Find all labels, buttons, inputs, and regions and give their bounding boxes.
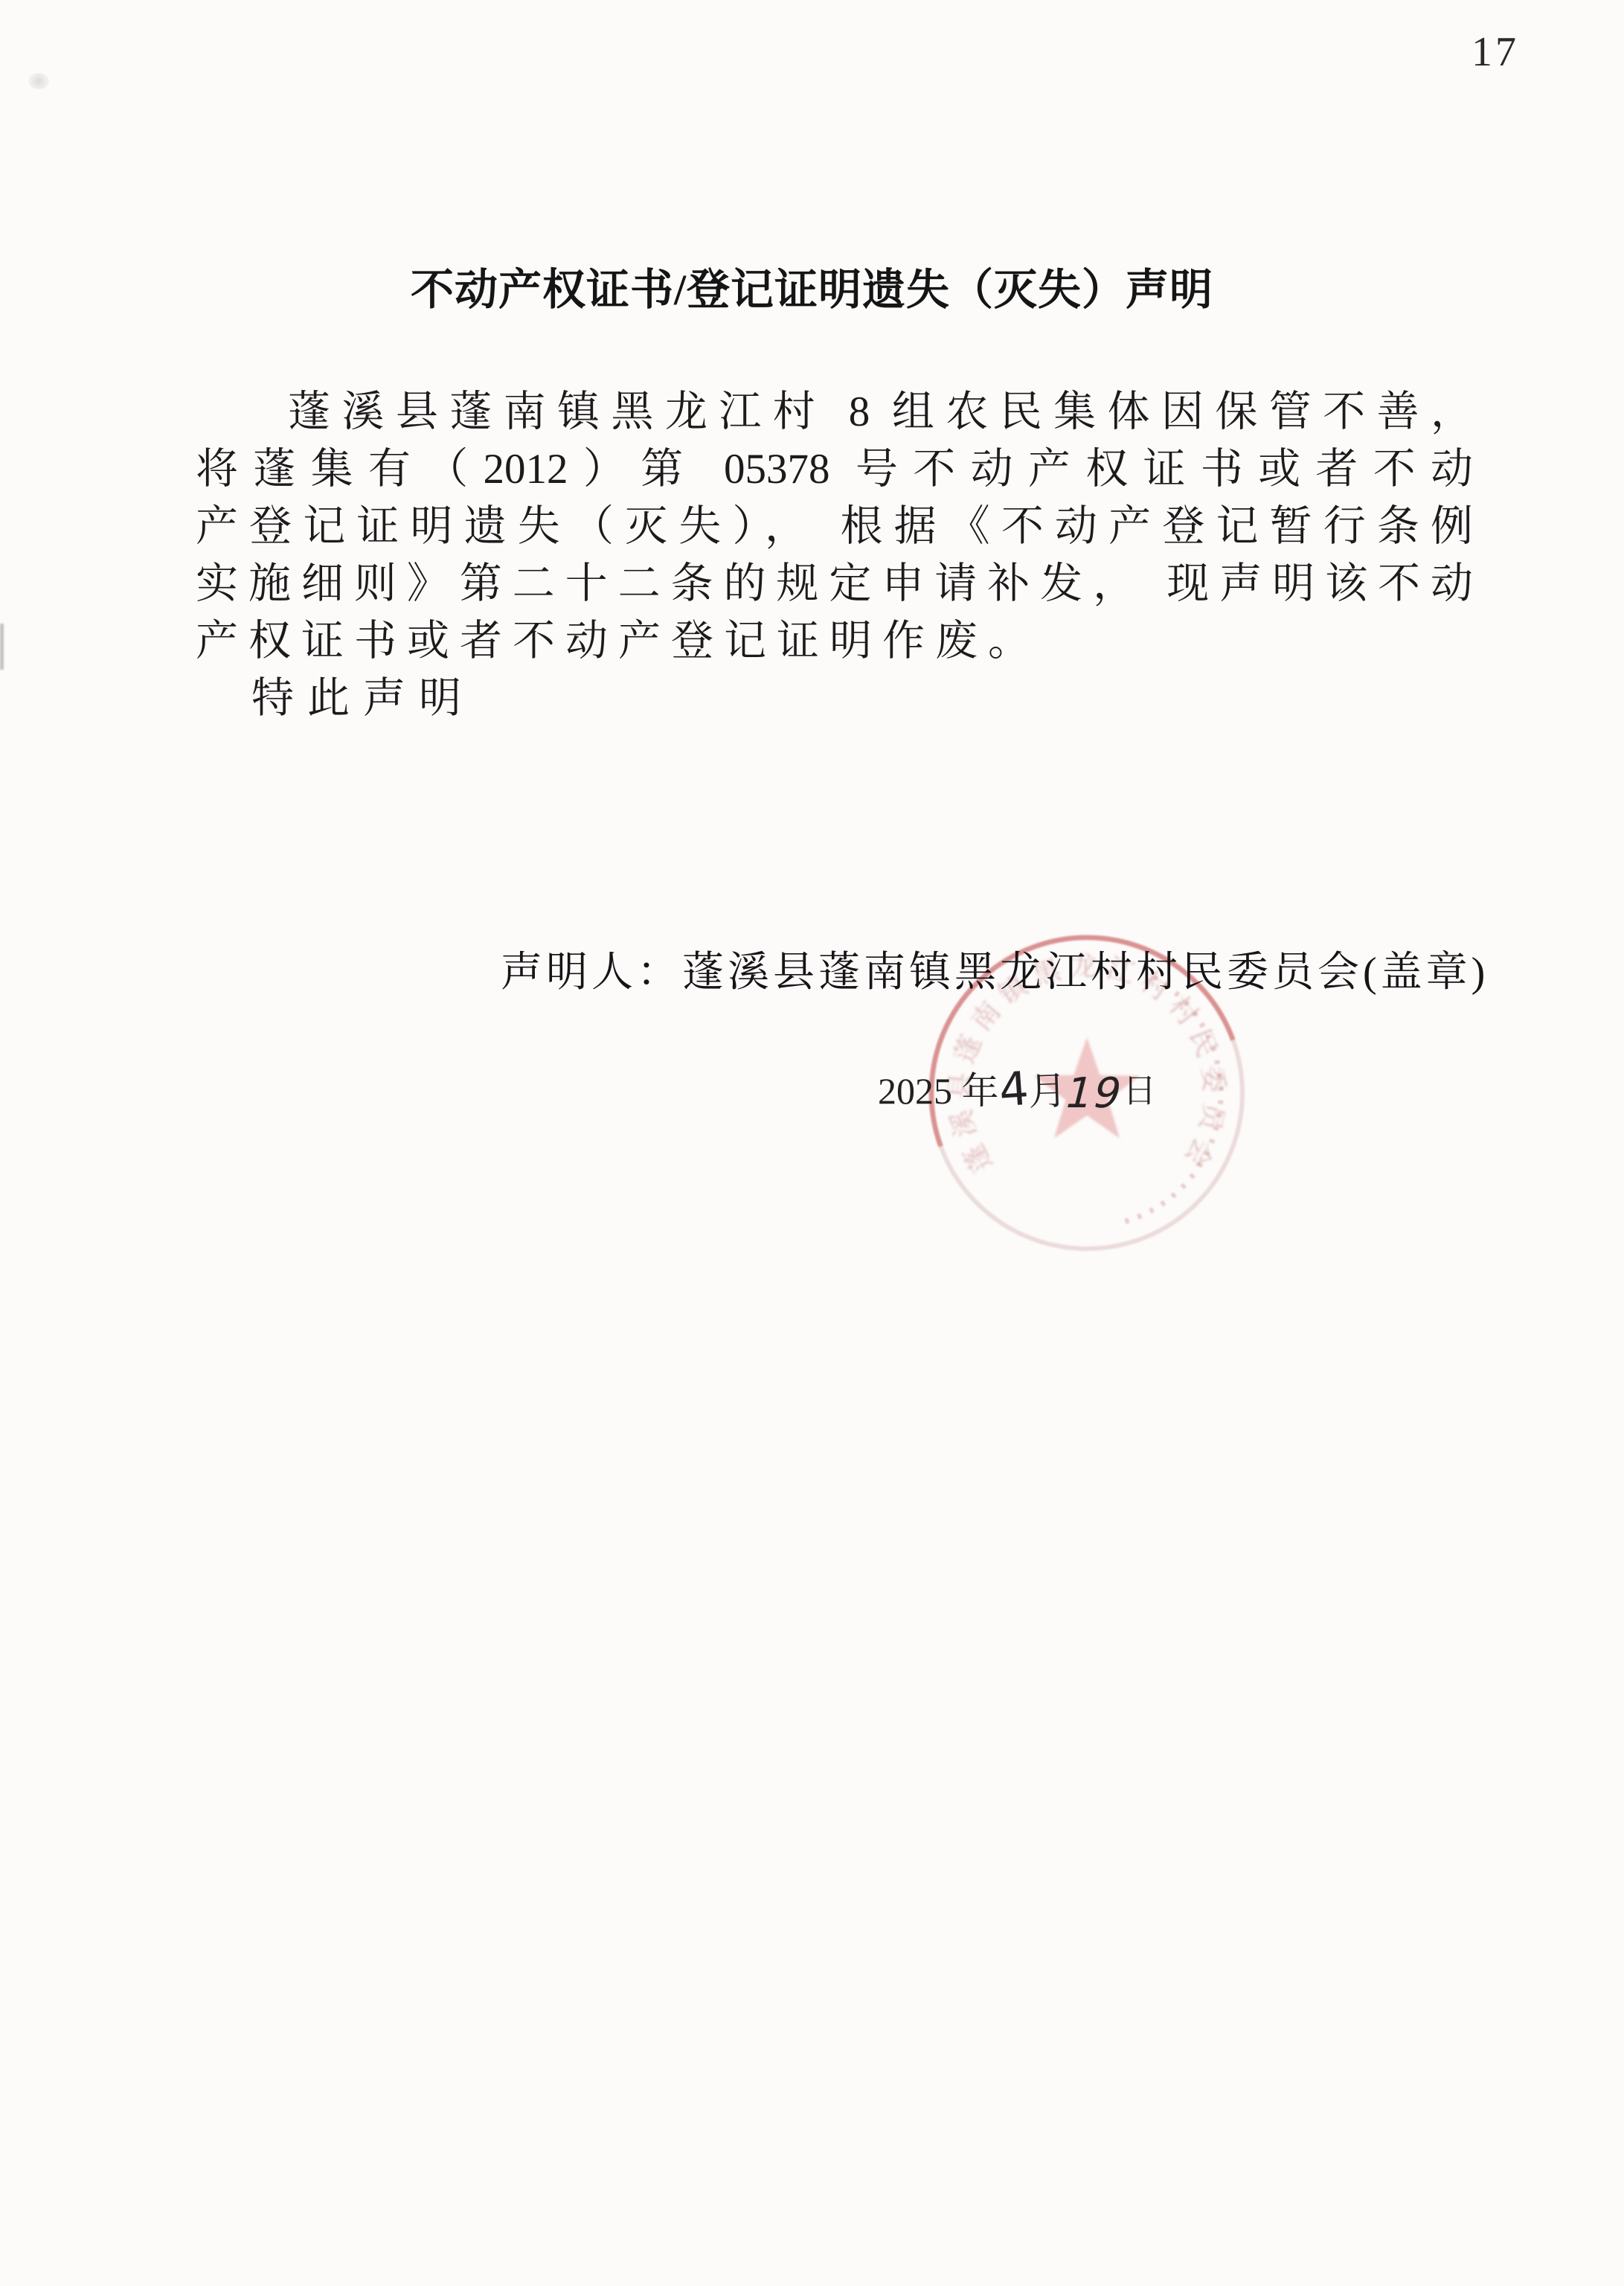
date-line: 2025 年4月19日 (878, 1064, 1156, 1116)
document-title: 不动产权证书/登记证明遗失（灭失）声明 (0, 254, 1624, 317)
handwritten-day: 19 (1060, 1070, 1128, 1118)
declarant-line: 声明人：蓬溪县蓬南镇黑龙江村村民委员会(盖章) (501, 950, 1489, 996)
body-line: 蓬溪县蓬南镇黑龙江村 8 组农民集体因保管不善， (196, 383, 1473, 441)
day-unit-char: 日 (1123, 1067, 1156, 1115)
body-line: 将蓬集有（2012）第 05378 号不动产权证书或者不动 (196, 441, 1473, 498)
body-line: 产权证书或者不动产登记证明作废。 (196, 612, 1473, 670)
handwritten-month: 4 (997, 1065, 1030, 1115)
printed-year: 2025 年 (878, 1070, 999, 1112)
declaration-paragraph: 蓬溪县蓬南镇黑龙江村 8 组农民集体因保管不善， 将蓬集有（2012）第 053… (196, 383, 1473, 727)
scan-artifact-smudge (28, 73, 49, 89)
body-line: 产登记证明遗失（灭失）， 根据《不动产登记暂行条例 (196, 498, 1473, 555)
page-number: 17 (1471, 28, 1519, 76)
closing-phrase: 特此声明 (196, 670, 1473, 727)
scan-artifact-left-edge (0, 624, 4, 670)
scanned-document-page: 17 不动产权证书/登记证明遗失（灭失）声明 蓬溪县蓬南镇黑龙江村 8 组农民集… (0, 0, 1624, 2286)
body-line: 实施细则》第二十二条的规定申请补发， 现声明该不动 (196, 555, 1473, 612)
